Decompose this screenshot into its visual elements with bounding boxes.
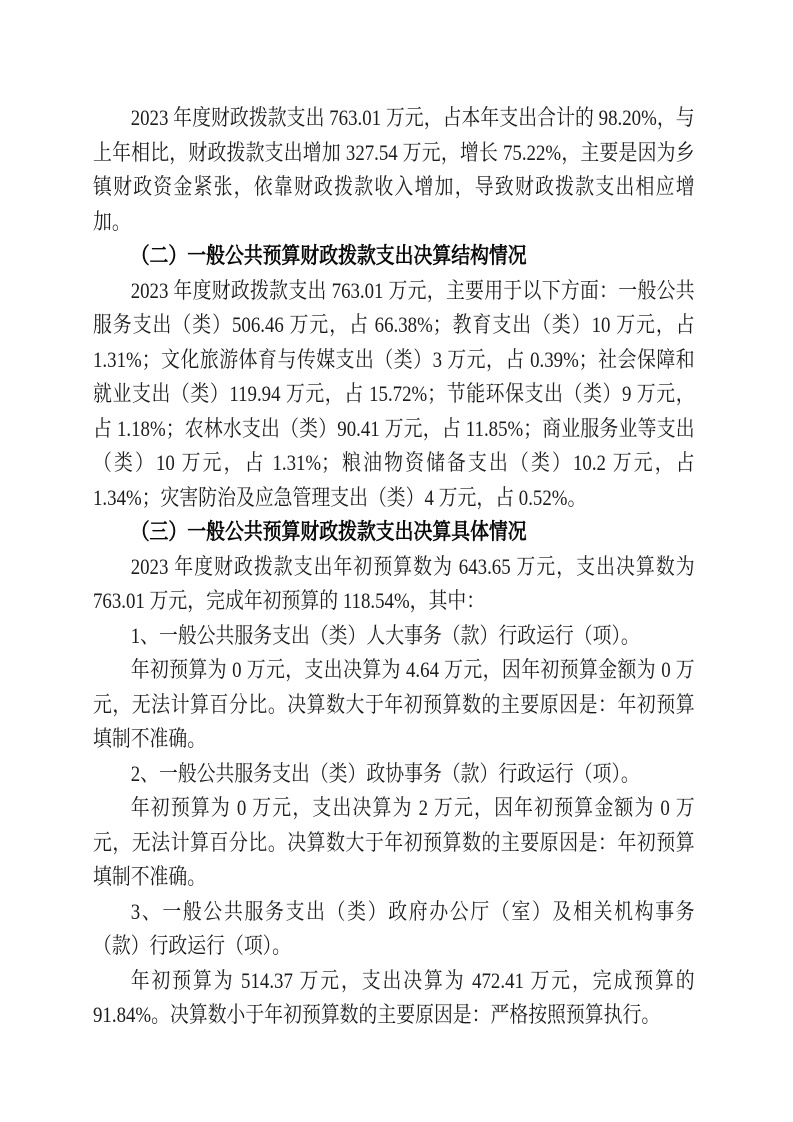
paragraph-expenditure-structure-breakdown: 2023 年度财政拨款支出 763.01 万元，主要用于以下方面：一般公共服务支… xyxy=(93,274,695,516)
paragraph-item-1-detail: 年初预算为 0 万元，支出决算为 4.64 万元，因年初预算金额为 0 万元，无… xyxy=(93,653,695,757)
document-body: 2023 年度财政拨款支出 763.01 万元，占本年支出合计的 98.20%，… xyxy=(93,101,695,1033)
paragraph-item-3-detail: 年初预算为 514.37 万元，支出决算为 472.41 万元，完成预算的 91… xyxy=(93,964,695,1033)
paragraph-expenditure-vs-last-year: 2023 年度财政拨款支出 763.01 万元，占本年支出合计的 98.20%，… xyxy=(93,101,695,239)
document-page: 2023 年度财政拨款支出 763.01 万元，占本年支出合计的 98.20%，… xyxy=(0,0,793,1122)
paragraph-item-3-title: 3、一般公共服务支出（类）政府办公厅（室）及相关机构事务（款）行政运行（项）。 xyxy=(93,895,695,964)
paragraph-budget-vs-final-summary: 2023 年度财政拨款支出年初预算数为 643.65 万元，支出决算数为 763… xyxy=(93,550,695,619)
paragraph-item-2-detail: 年初预算为 0 万元，支出决算为 2 万元，因年初预算金额为 0 万元，无法计算… xyxy=(93,791,695,895)
paragraph-item-2-title: 2、一般公共服务支出（类）政协事务（款）行政运行（项）。 xyxy=(93,757,695,792)
heading-section-two-structure: （二）一般公共预算财政拨款支出决算结构情况 xyxy=(93,239,695,274)
paragraph-item-1-title: 1、一般公共服务支出（类）人大事务（款）行政运行（项）。 xyxy=(93,619,695,654)
heading-section-three-details: （三）一般公共预算财政拨款支出决算具体情况 xyxy=(93,515,695,550)
